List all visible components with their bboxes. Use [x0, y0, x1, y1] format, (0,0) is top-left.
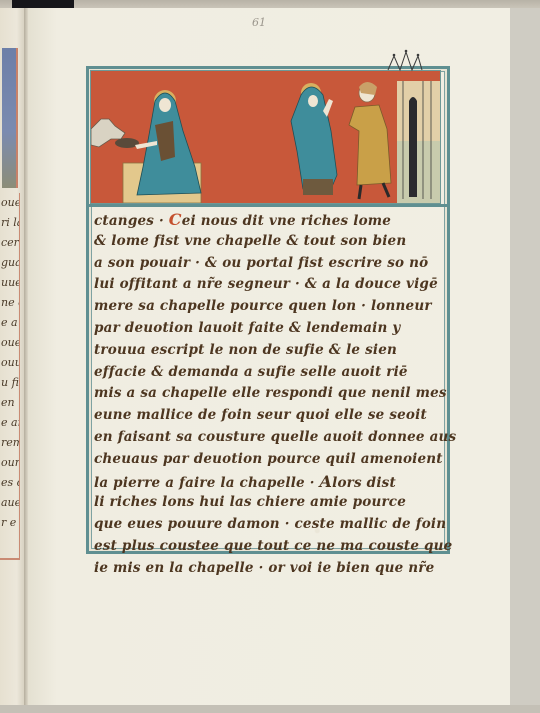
standing-woman-icon [291, 83, 337, 195]
facing-page-miniature [2, 48, 18, 188]
text-line: lui offitant a nr̃e segneur · & a la dou… [94, 274, 434, 296]
text-line: trouua escript le non de sufie & le sien [94, 340, 434, 362]
scan-bottom-edge [0, 705, 540, 713]
text-line: la pierre a faire la chapelle · Alors di… [94, 471, 434, 493]
text-line: effacie & demanda a sufie selle auoit ri… [94, 362, 434, 384]
chapel-icon [397, 81, 440, 203]
miniature-lower-rule [86, 204, 450, 207]
fragment: ri la [0, 213, 19, 233]
text-line: cheuaus par deuotion pource quil amenoie… [94, 449, 434, 471]
fragment: guai [0, 253, 19, 273]
folio-number: 61 [252, 16, 266, 29]
text-line: mere sa chapelle pource quen lon · lonne… [94, 296, 434, 318]
fragment: u fi [0, 373, 19, 393]
fragment: r e [0, 513, 19, 533]
scan-top-edge [0, 0, 540, 8]
scan-dark-corner [12, 0, 74, 8]
text-line: par deuotion lauoit faite & lendemain y [94, 318, 434, 340]
text-line: ctanges · Cei nous dit vne riches lome [94, 209, 434, 231]
fragment: ne ci [0, 293, 19, 313]
paragraph-mark: A [320, 472, 333, 491]
text-line: mis a sa chapelle elle respondi que neni… [94, 383, 434, 405]
fragment: ours [0, 453, 19, 473]
manuscript-page: 61 [28, 8, 510, 705]
fragment: es ce [0, 473, 19, 493]
fragment: oue [0, 333, 19, 353]
text-line: eune mallice de foin seur quoi elle se s… [94, 405, 434, 427]
fragment: ouue [0, 353, 19, 373]
animal-head-icon [91, 119, 139, 148]
chapel-spire-icon [384, 48, 424, 72]
fragment: en [0, 393, 19, 413]
illuminated-miniature [90, 70, 441, 204]
gothic-text-column: ctanges · Cei nous dit vne riches lome &… [94, 209, 434, 580]
rubricated-initial: C [169, 210, 182, 229]
facing-page-text: oue ri la cerne guai uue ne ci e a de ou… [0, 193, 20, 560]
facing-page-left: oue ri la cerne guai uue ne ci e a de ou… [0, 8, 24, 705]
text-line: que eues pouure damon · ceste mallic de … [94, 514, 434, 536]
fragment: aue [0, 493, 19, 513]
text-line: & lome fist vne chapelle & tout son bien [94, 231, 434, 253]
young-man-icon [349, 82, 391, 199]
fragment: e an [0, 413, 19, 433]
text-line: ie mis en la chapelle · or voi ie bien q… [94, 558, 434, 580]
fragment: cerne [0, 233, 19, 253]
fragment: uue [0, 273, 19, 293]
fragment: reme [0, 433, 19, 453]
text-line: li riches lons hui las chiere amie pourc… [94, 492, 434, 514]
text-line: est plus coustee que tout ce ne ma coust… [94, 536, 434, 558]
text-line: a son pouair · & ou portal fist escrire … [94, 253, 434, 275]
miniature-scene-icon [91, 71, 440, 203]
fragment: oue [0, 193, 19, 213]
fragment: e a de [0, 313, 19, 333]
text-line: en faisant sa cousture quelle auoit donn… [94, 427, 434, 449]
